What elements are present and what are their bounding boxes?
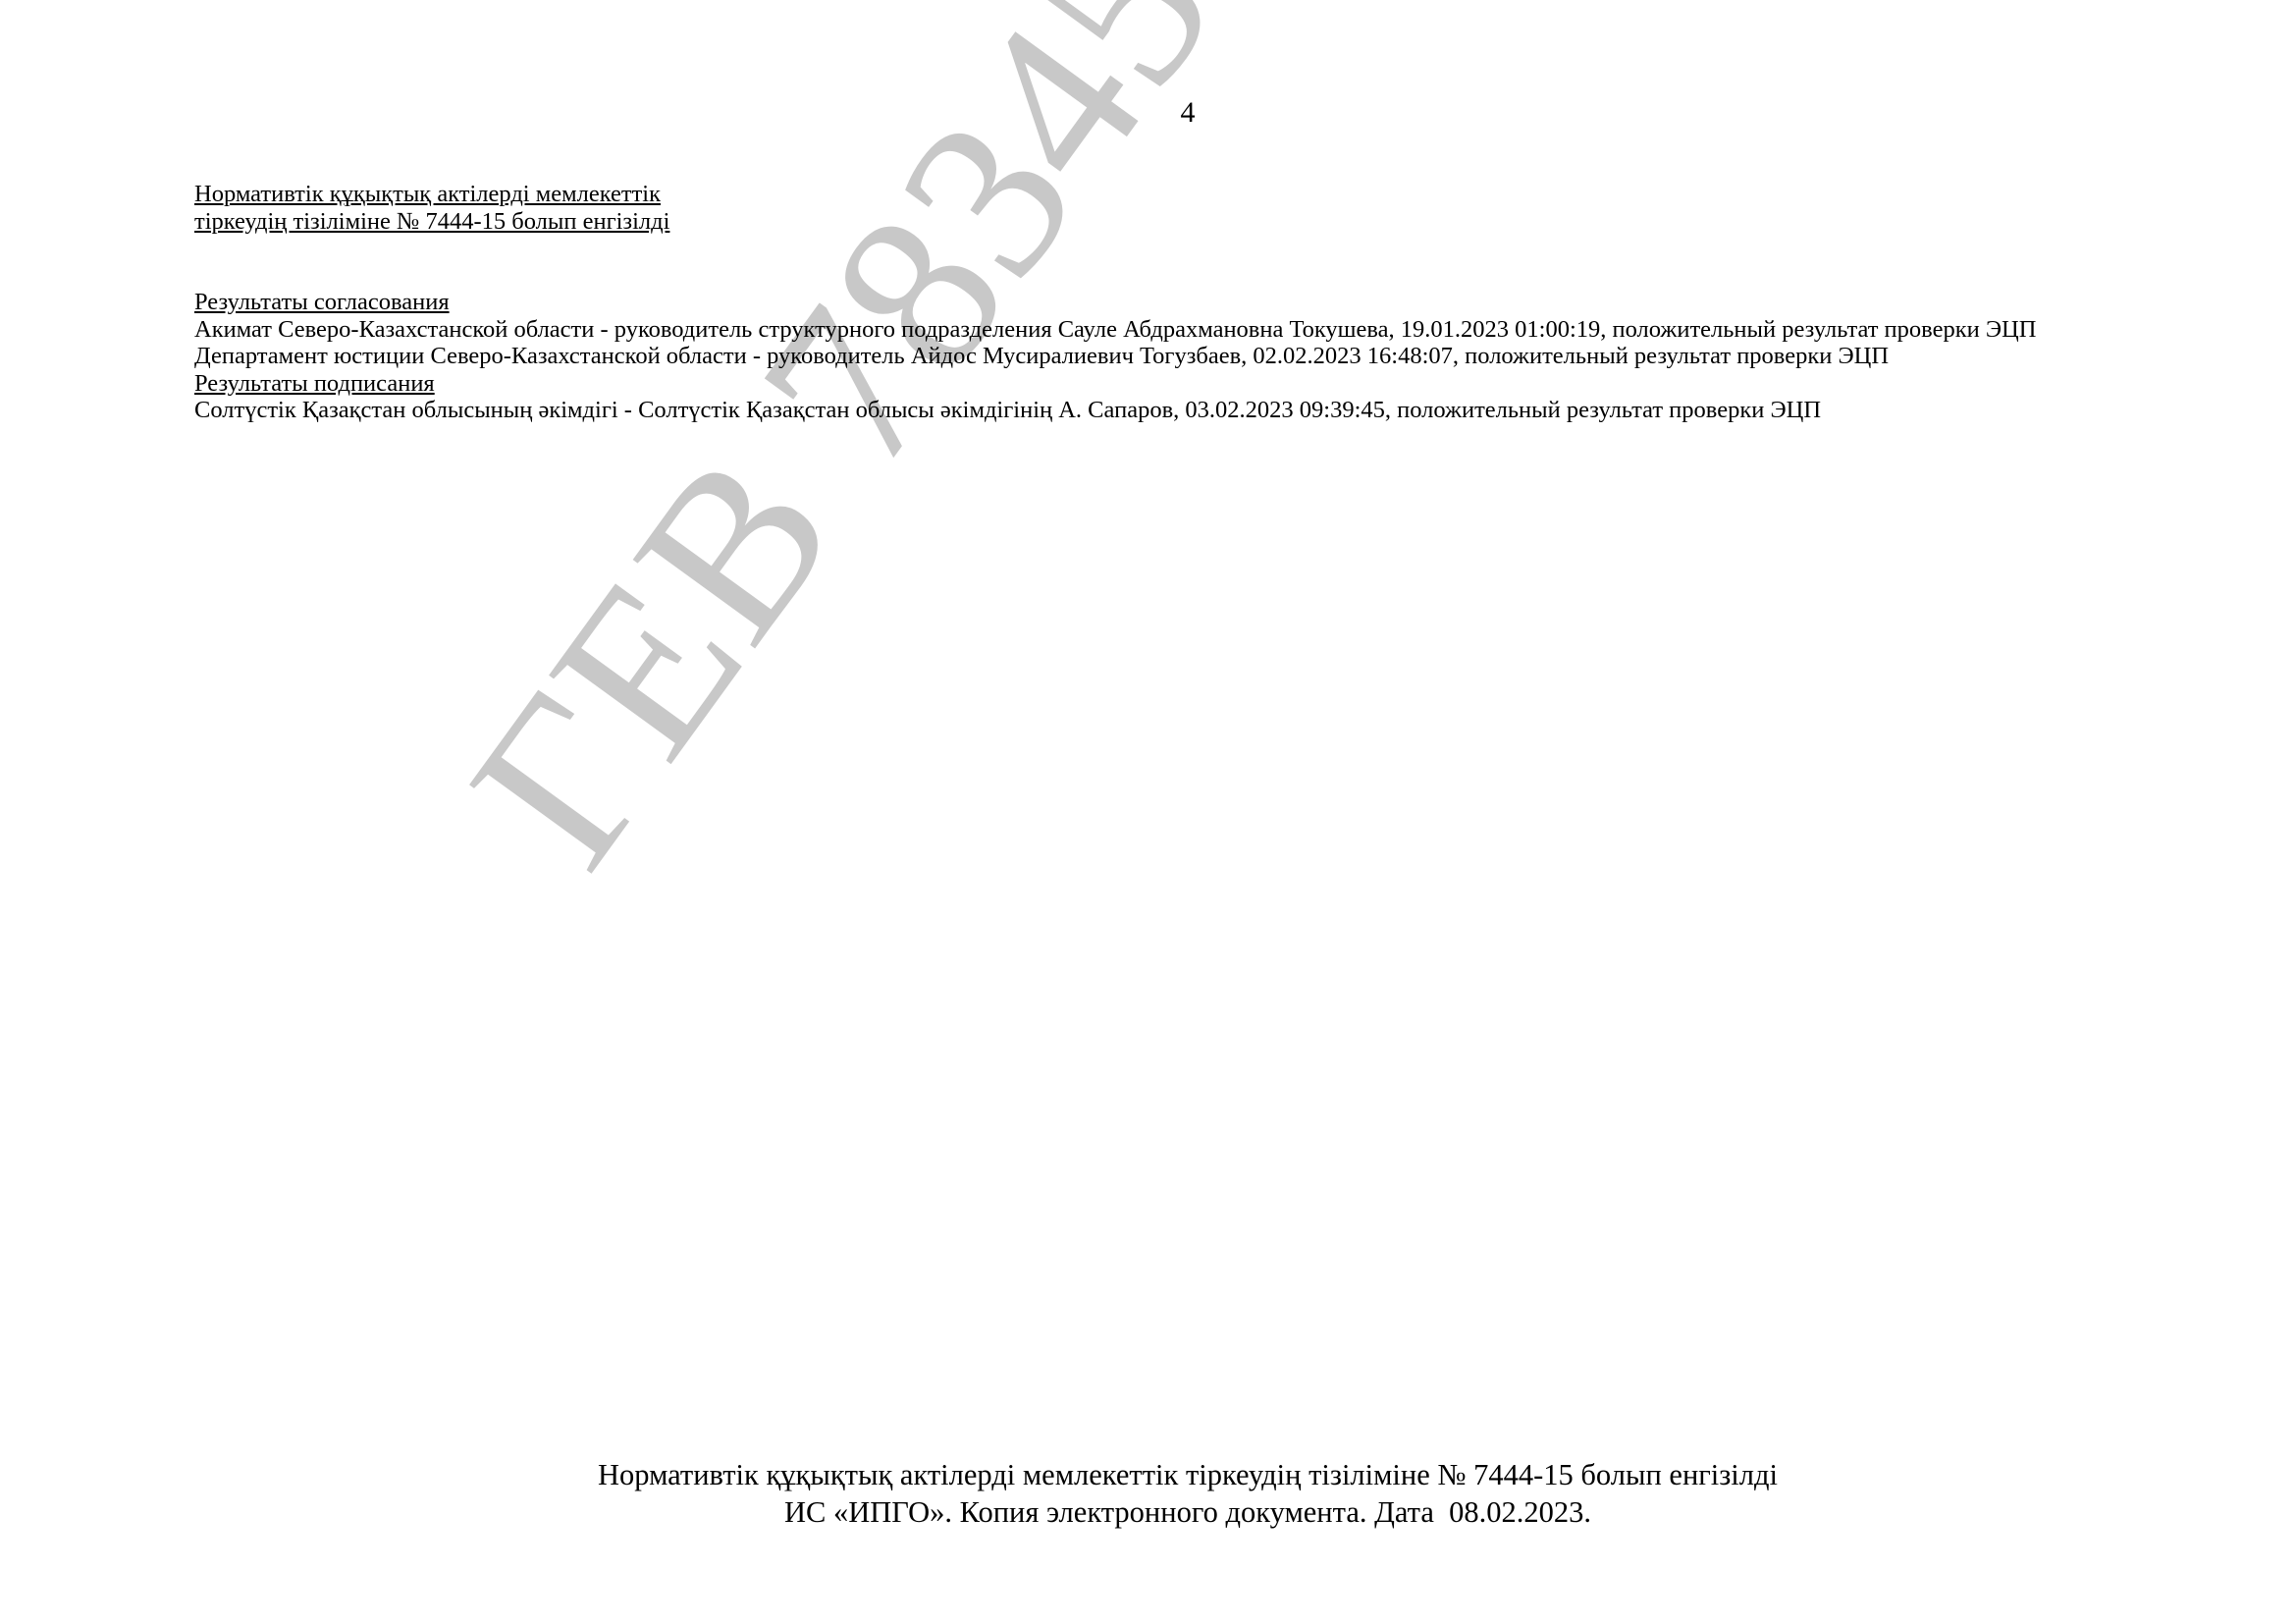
watermark: ГЕВ 78345678 bbox=[432, 0, 1461, 901]
page-number: 4 bbox=[0, 96, 2296, 130]
document-body: Нормативтік құқықтық актілерді мемлекетт… bbox=[194, 181, 2158, 424]
signing-results-section: Результаты подписания Солтүстік Қазақста… bbox=[194, 370, 2158, 424]
approval-entry: Департамент юстиции Северо-Казахстанской… bbox=[194, 343, 2158, 370]
footer-registration-line: Нормативтік құқықтық актілерді мемлекетт… bbox=[0, 1456, 2296, 1493]
registration-note-line: тіркеудің тізіліміне № 7444-15 болып енг… bbox=[194, 208, 2158, 236]
approval-results-section: Результаты согласования Акимат Северо-Ка… bbox=[194, 289, 2158, 370]
signing-results-heading: Результаты подписания bbox=[194, 370, 2158, 398]
approval-entry: Акимат Северо-Казахстанской области - ру… bbox=[194, 316, 2158, 344]
document-footer: Нормативтік құқықтық актілерді мемлекетт… bbox=[0, 1456, 2296, 1531]
registration-note-line: Нормативтік құқықтық актілерді мемлекетт… bbox=[194, 181, 2158, 208]
signing-entry: Солтүстік Қазақстан облысының әкімдігі -… bbox=[194, 397, 2158, 424]
approval-results-heading: Результаты согласования bbox=[194, 289, 2158, 316]
footer-copy-line: ИС «ИПГО». Копия электронного документа.… bbox=[0, 1493, 2296, 1531]
registration-note: Нормативтік құқықтық актілерді мемлекетт… bbox=[194, 181, 2158, 235]
